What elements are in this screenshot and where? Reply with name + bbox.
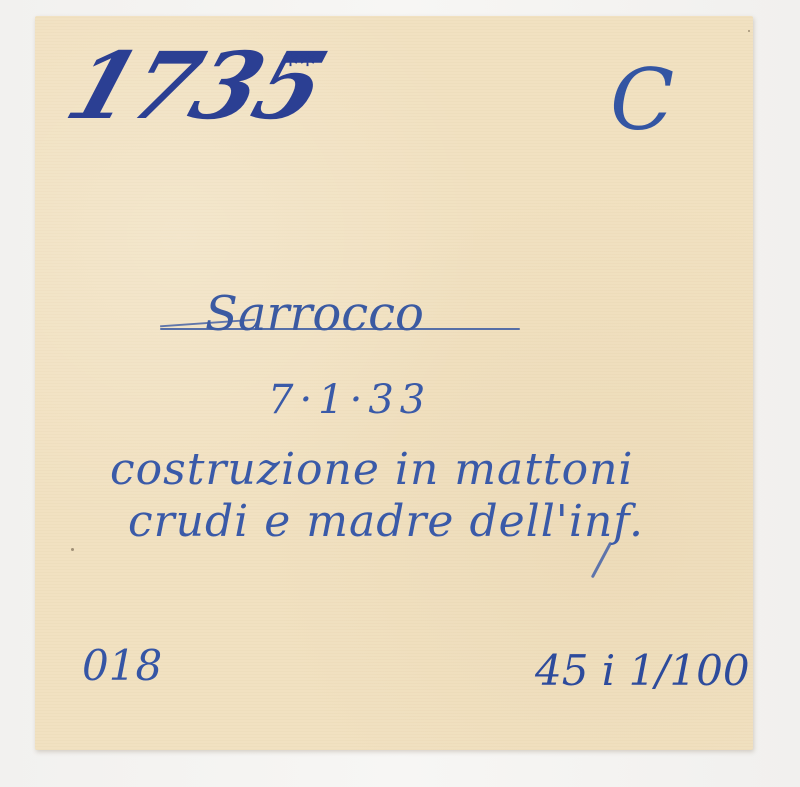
description-line-2: crudi e madre dell'inf.: [128, 500, 644, 544]
description-line-1: costruzione in mattoni: [110, 448, 634, 492]
bottom-left-code: 018: [82, 645, 162, 687]
letter-code: C: [610, 58, 674, 142]
paper-speck: [748, 30, 750, 32]
catalog-marks: **: [283, 48, 317, 83]
date: 7·1·33: [268, 380, 431, 420]
site-name: Sarrocco: [205, 290, 424, 338]
bottom-right-code: 45 i 1/100: [535, 650, 750, 692]
paper-speck: [71, 548, 74, 551]
